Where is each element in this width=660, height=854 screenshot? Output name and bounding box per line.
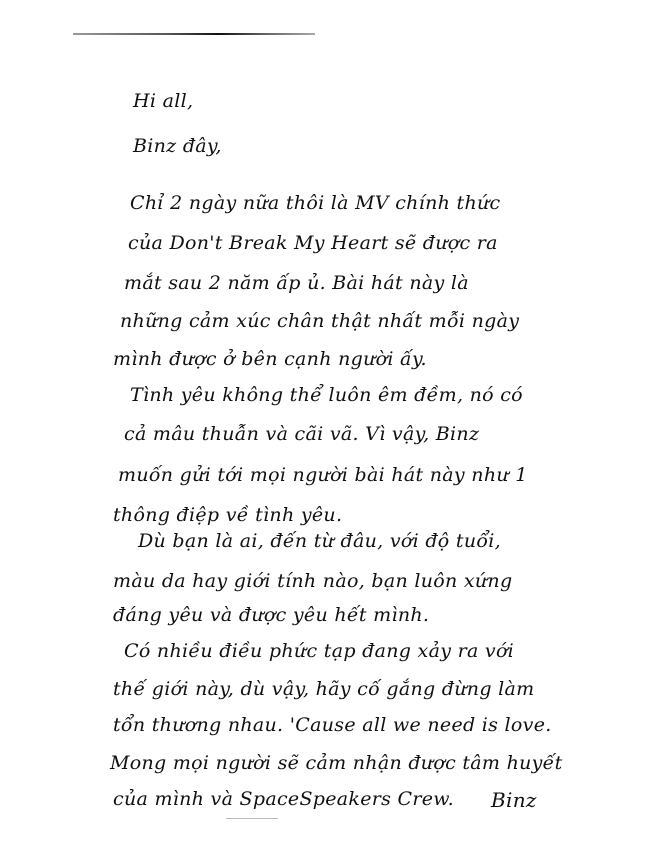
letter-greeting: Hi all, <box>133 90 193 112</box>
handwritten-letter-page: Hi all, Binz đây, Chỉ 2 ngày nữa thôi là… <box>0 0 660 854</box>
letter-line: tổn thương nhau. 'Cause all we need is l… <box>113 714 552 736</box>
letter-line: mắt sau 2 năm ấp ủ. Bài hát này là <box>124 272 469 294</box>
letter-line: cả mâu thuẫn và cãi vã. Vì vậy, Binz <box>124 423 479 445</box>
top-rule-line <box>73 33 315 35</box>
letter-line: Dù bạn là ai, đến từ đâu, với độ tuổi, <box>138 530 501 552</box>
letter-line: đáng yêu và được yêu hết mình. <box>113 604 429 626</box>
letter-line: của Don't Break My Heart sẽ được ra <box>128 232 498 254</box>
letter-line: Tình yêu không thể luôn êm đềm, nó có <box>130 384 523 406</box>
letter-line: của mình và SpaceSpeakers Crew. <box>113 788 454 810</box>
letter-line: mình được ở bên cạnh người ấy. <box>113 348 427 370</box>
letter-line: thông điệp về tình yêu. <box>113 504 342 526</box>
letter-line: những cảm xúc chân thật nhất mỗi ngày <box>120 310 519 332</box>
signature: Binz <box>491 788 537 812</box>
letter-intro: Binz đây, <box>133 135 222 157</box>
letter-line: màu da hay giới tính nào, bạn luôn xứng <box>113 570 512 592</box>
letter-line: Chỉ 2 ngày nữa thôi là MV chính thức <box>130 192 500 214</box>
letter-line: muốn gửi tới mọi người bài hát này như 1 <box>118 464 528 486</box>
bottom-mark <box>226 818 278 819</box>
letter-line: Mong mọi người sẽ cảm nhận được tâm huyế… <box>110 752 563 774</box>
letter-line: Có nhiều điều phức tạp đang xảy ra với <box>124 640 514 662</box>
letter-line: thế giới này, dù vậy, hãy cố gắng đừng l… <box>113 678 534 700</box>
